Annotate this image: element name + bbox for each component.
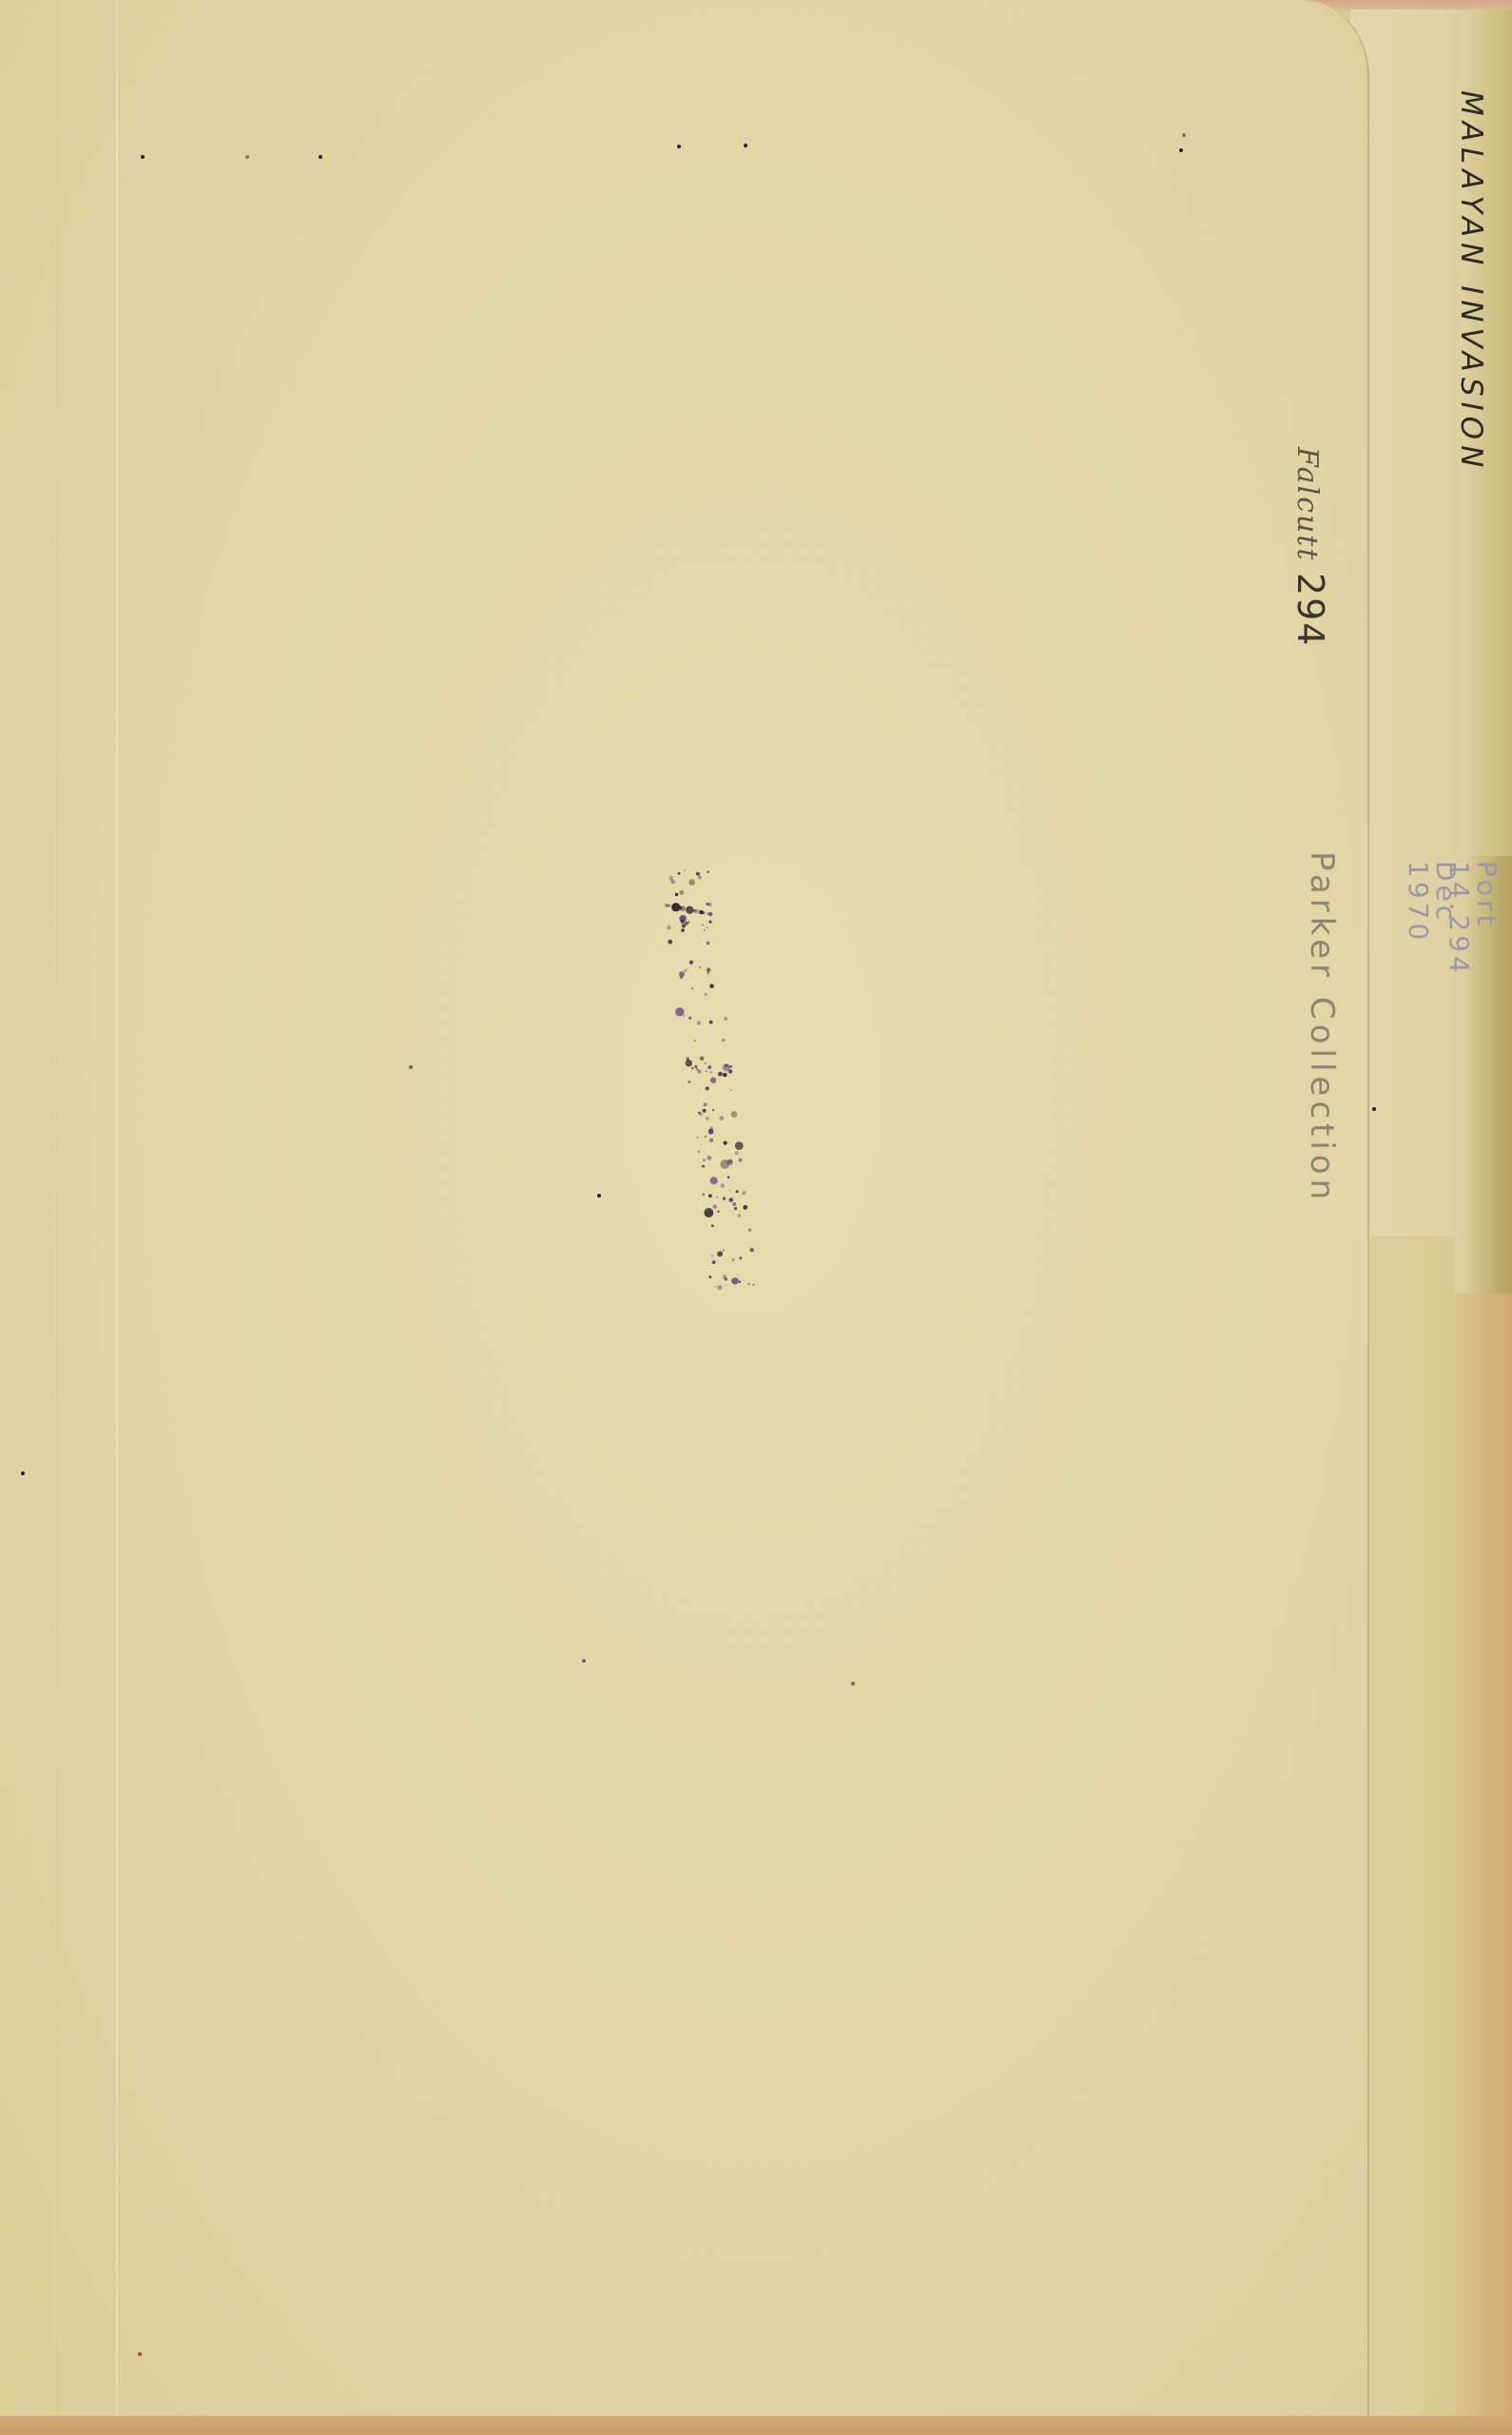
paper-speck	[1372, 1107, 1376, 1111]
left-crease-faint	[57, 0, 58, 2416]
paper-speck	[597, 1194, 601, 1198]
left-crease	[116, 0, 118, 2416]
paper-speck	[319, 155, 322, 159]
paper-speck	[744, 144, 747, 147]
maker-note-name: Falcutt	[1290, 447, 1324, 562]
paper-speck	[138, 2352, 142, 2356]
paper-speck	[851, 1682, 855, 1685]
tab-label: MALAYAN INVASION	[1454, 90, 1488, 473]
paper-speck	[677, 145, 681, 148]
maker-note: Falcutt 294	[1289, 447, 1331, 648]
collection-note: Parker Collection	[1303, 851, 1341, 1204]
paper-speck	[141, 155, 145, 159]
reference-date: Dec 1970	[1404, 861, 1460, 944]
ink-stain	[656, 866, 770, 1303]
paper-speck	[409, 1065, 413, 1069]
paper-speck	[1179, 148, 1183, 152]
paper-speck	[1182, 133, 1186, 137]
bottom-edge-stain	[0, 2416, 1512, 2435]
paper-speck	[245, 155, 249, 159]
paper-speck	[21, 1471, 25, 1475]
paper-speck	[582, 1659, 586, 1663]
maker-note-number: 294	[1289, 573, 1331, 648]
right-edge-strip	[1455, 1294, 1512, 2435]
